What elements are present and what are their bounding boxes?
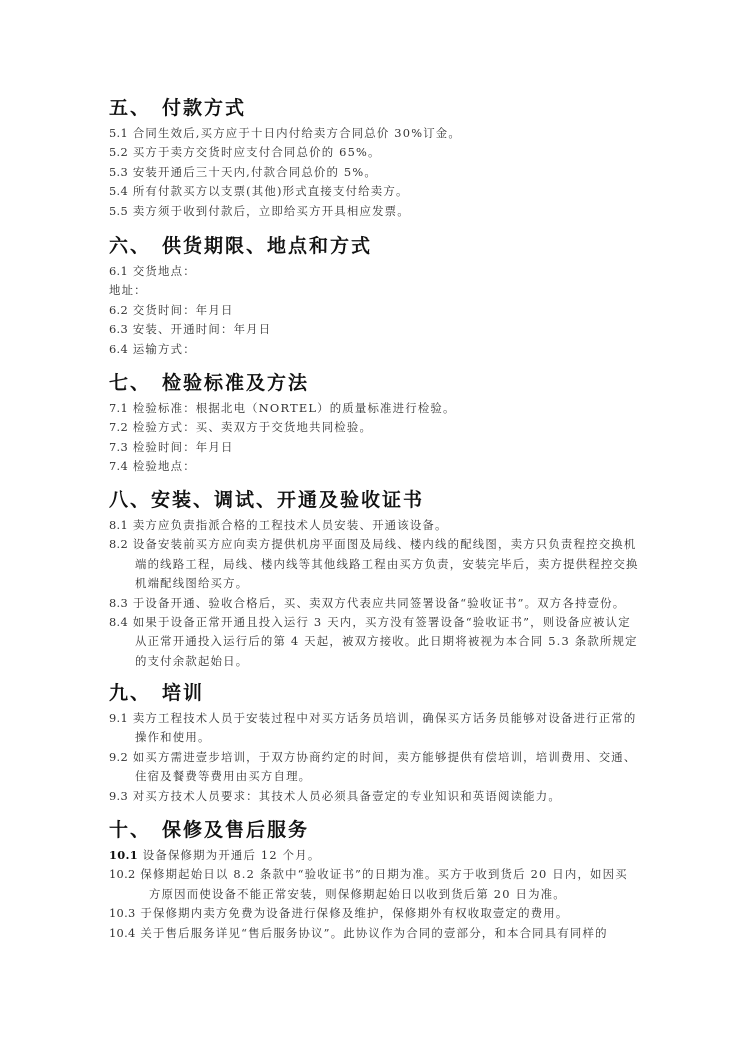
clause-7-2: 7.2 检验方式：买、卖双方于交货地共同检验。 bbox=[109, 418, 456, 437]
clause-10-3: 10.3 于保修期内卖方免费为设备进行保修及维护，保修期外有权收取壹定的费用。 bbox=[109, 904, 639, 923]
section-inspection: 七、检验标准及方法 7.1 检验标准：根据北电（NORTEL）的质量标准进行检验… bbox=[109, 367, 456, 477]
section-payment: 五、付款方式 5.1 合同生效后,买方应于十日内付给卖方合同总价 30%订金。 … bbox=[109, 92, 461, 221]
clause-7-3: 7.3 检验时间：年月日 bbox=[109, 438, 456, 457]
clause-5-5: 5.5 卖方须于收到付款后，立即给买方开具相应发票。 bbox=[109, 202, 461, 221]
clause-6-3: 6.3 安装、开通时间：年月日 bbox=[109, 320, 372, 339]
section-heading: 六、供货期限、地点和方式 bbox=[109, 230, 372, 262]
clause-10-4: 10.4 关于售后服务详见“售后服务协议”。此协议作为合同的壹部分，和本合同具有… bbox=[109, 924, 639, 943]
clause-8-1: 8.1 卖方应负责指派合格的工程技术人员安装、开通该设备。 bbox=[109, 516, 639, 535]
section-heading: 五、付款方式 bbox=[109, 92, 461, 124]
clause-8-3: 8.3 于设备开通、验收合格后，买、卖双方代表应共同签署设备“验收证书”。双方各… bbox=[109, 594, 639, 613]
section-delivery: 六、供货期限、地点和方式 6.1 交货地点： 地址： 6.2 交货时间：年月日 … bbox=[109, 230, 372, 359]
clause-5-4: 5.4 所有付款买方以支票(其他)形式直接支付给卖方。 bbox=[109, 182, 461, 201]
clause-8-4: 8.4 如果于设备正常开通且投入运行 3 天内，买方没有签署设备“验收证书”，则… bbox=[109, 613, 639, 671]
clause-8-2: 8.2 设备安装前买方应向卖方提供机房平面图及局线、楼内线的配线图，卖方只负责程… bbox=[109, 535, 639, 593]
section-heading: 九、培训 bbox=[109, 677, 639, 709]
clause-9-1: 9.1 卖方工程技术人员于安装过程中对买方话务员培训，确保买方话务员能够对设备进… bbox=[109, 709, 639, 748]
clause-9-2: 9.2 如买方需进壹步培训，于双方协商约定的时间，卖方能够提供有偿培训，培训费用… bbox=[109, 748, 639, 787]
clause-5-1: 5.1 合同生效后,买方应于十日内付给卖方合同总价 30%订金。 bbox=[109, 124, 461, 143]
clause-10-1: 10.1 设备保修期为开通后 12 个月。 bbox=[109, 846, 639, 865]
section-training: 九、培训 9.1 卖方工程技术人员于安装过程中对买方话务员培训，确保买方话务员能… bbox=[109, 677, 639, 806]
clause-5-3: 5.3 安装开通后三十天内,付款合同总价的 5%。 bbox=[109, 163, 461, 182]
section-heading: 八、安装、调试、开通及验收证书 bbox=[109, 484, 639, 516]
clause-10-2: 10.2 保修期起始日以 8.2 条款中“验收证书”的日期为准。买方于收到货后 … bbox=[109, 865, 639, 904]
clause-5-2: 5.2 买方于卖方交货时应支付合同总价的 65%。 bbox=[109, 143, 461, 162]
clause-6-1: 6.1 交货地点： bbox=[109, 262, 372, 281]
section-heading: 七、检验标准及方法 bbox=[109, 367, 456, 399]
clause-7-1: 7.1 检验标准：根据北电（NORTEL）的质量标准进行检验。 bbox=[109, 399, 456, 418]
clause-6-2: 6.2 交货时间：年月日 bbox=[109, 301, 372, 320]
section-warranty: 十、保修及售后服务 10.1 设备保修期为开通后 12 个月。 10.2 保修期… bbox=[109, 814, 639, 943]
clause-7-4: 7.4 检验地点： bbox=[109, 457, 456, 476]
clause-9-3: 9.3 对买方技术人员要求：其技术人员必须具备壹定的专业知识和英语阅读能力。 bbox=[109, 787, 639, 806]
clause-6-4: 6.4 运输方式： bbox=[109, 340, 372, 359]
section-heading: 十、保修及售后服务 bbox=[109, 814, 639, 846]
clause-address: 地址： bbox=[109, 281, 372, 300]
section-installation: 八、安装、调试、开通及验收证书 8.1 卖方应负责指派合格的工程技术人员安装、开… bbox=[109, 484, 639, 671]
